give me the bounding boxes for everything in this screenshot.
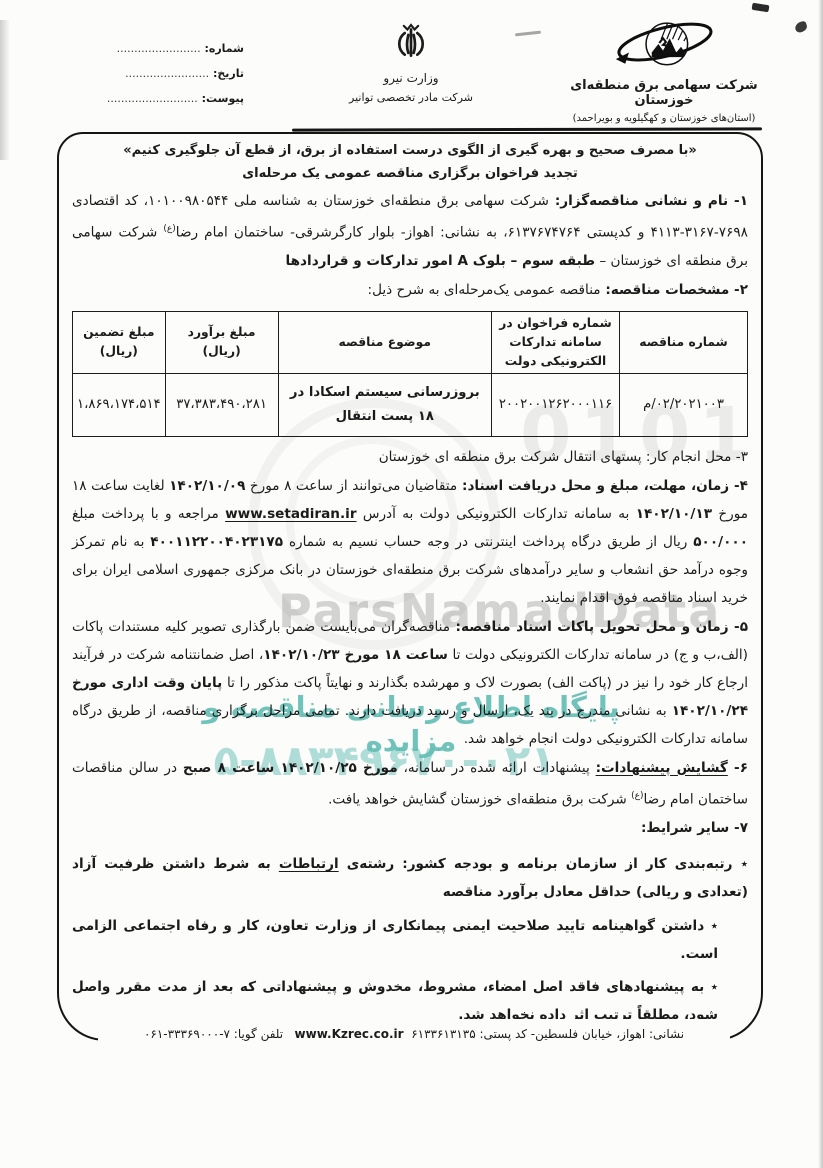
cell-setad-call-number: ۲۰۰۲۰۰۱۲۶۲۰۰۰۱۱۶	[491, 373, 619, 436]
paragraph-bidder-name-address: ۱- نام و نشانی مناقصه‌گزار: شرکت سهامی ب…	[72, 187, 748, 275]
table-header-row: شماره مناقصه شماره فراخوان در سامانه تدا…	[73, 311, 748, 373]
paragraph-other-conditions: ۷- سایر شرایط:	[72, 814, 748, 842]
field-attachment-label: پیوست:	[202, 92, 244, 105]
field-attachment: پیوست: ..........................	[66, 86, 244, 111]
reference-fields: شماره: ........................ تاریخ: .…	[66, 36, 244, 111]
table-row: ۰۲/۲۰۲۱۰۰۳/م ۲۰۰۲۰۰۱۲۶۲۰۰۰۱۱۶ بروزرسانی …	[73, 373, 748, 436]
paragraph-tender-specs: ۲- مشخصات مناقصه: مناقصه عمومی یک‌مرحله‌…	[72, 276, 748, 304]
field-number-dots: ........................	[117, 42, 201, 55]
field-number: شماره: ........................	[66, 36, 244, 61]
page-title: تجدید فراخوان برگزاری مناقصه عمومی یک مر…	[72, 162, 748, 186]
parent-company-name: شرکت مادر تخصصی توانیر	[348, 91, 474, 104]
tender-table: شماره مناقصه شماره فراخوان در سامانه تدا…	[72, 311, 748, 437]
col-header-subject: موضوع مناقصه	[278, 311, 491, 373]
scan-shadow-right	[818, 0, 823, 1168]
border-top-line	[292, 127, 762, 131]
bullet-safety-certificate: ٭ داشتن گواهینامه تایید صلاحیت ایمنی پیم…	[72, 912, 748, 968]
cell-tender-number: ۰۲/۲۰۲۱۰۰۳/م	[620, 373, 748, 436]
cell-guarantee-amount: ۱،۸۶۹،۱۷۴،۵۱۴	[73, 373, 166, 436]
ministry-name: وزارت نیرو	[348, 71, 474, 85]
footer-contact-line: نشانی: اهواز، خیابان فلسطین- کد پستی: ۶۱…	[98, 1019, 730, 1049]
paragraph-document-purchase: ۴- زمان، مهلت، مبلغ و محل دریافت اسناد: …	[72, 472, 748, 612]
field-attachment-dots: ..........................	[107, 92, 198, 105]
cell-estimate-amount: ۳۷،۳۸۳،۴۹۰،۲۸۱	[165, 373, 278, 436]
paragraph-work-location: ۳- محل انجام کار: پستهای انتقال شرکت برق…	[72, 443, 748, 471]
field-number-label: شماره:	[204, 42, 244, 55]
company-name: شرکت سهامی برق منطقه‌ای خوزستان	[556, 78, 772, 108]
paragraph-envelope-delivery: ۵- زمان و محل تحویل پاکات اسناد مناقصه: …	[72, 613, 748, 753]
scan-speck	[794, 20, 809, 33]
company-logo-icon	[612, 14, 716, 72]
field-date-dots: ........................	[125, 67, 209, 80]
slogan: «با مصرف صحیح و بهره گیری از الگوی درست …	[72, 139, 748, 162]
field-date-label: تاریخ:	[213, 67, 244, 80]
col-header-setad-call-number: شماره فراخوان در سامانه تدارکات الکترونی…	[491, 311, 619, 373]
bullet-ranking-requirement: ٭ رتبه‌بندی کار از سازمان برنامه و بودجه…	[72, 850, 748, 906]
company-block: شرکت سهامی برق منطقه‌ای خوزستان (استان‌ه…	[556, 14, 772, 124]
col-header-tender-number: شماره مناقصه	[620, 311, 748, 373]
scan-shadow-left	[0, 20, 10, 160]
scan-speck	[752, 3, 770, 13]
col-header-estimate-amount: مبلغ برآورد (ریال)	[165, 311, 278, 373]
ministry-block: وزارت نیرو شرکت مادر تخصصی توانیر	[348, 22, 474, 104]
col-header-guarantee-amount: مبلغ تضمین (ریال)	[73, 311, 166, 373]
field-date: تاریخ: ........................	[66, 61, 244, 86]
cell-subject: بروزرسانی سیستم اسکادا در ۱۸ پست انتقال	[278, 373, 491, 436]
paragraph-bid-opening: ۶- گشایش پیشنهادات: پیشنهادات ارائه شده …	[72, 754, 748, 814]
iran-emblem-icon	[393, 22, 429, 64]
document-body: «با مصرف صحیح و بهره گیری از الگوی درست …	[57, 132, 763, 1041]
scanned-tender-document: 0101 ParsNamadData پایگاه اطلاع رسانی من…	[0, 0, 823, 1168]
scan-speck	[515, 31, 541, 37]
company-subtitle: (استان‌های خوزستان و کهگیلویه و بویراحمد…	[556, 113, 772, 124]
